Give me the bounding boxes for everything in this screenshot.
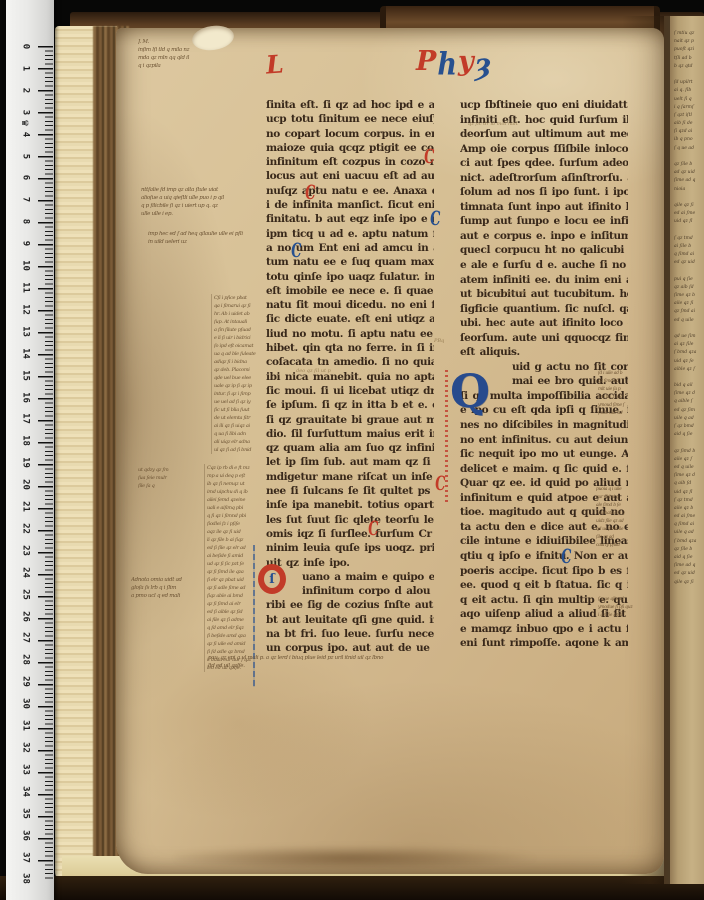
paraph-mark-blue-3: C — [560, 546, 572, 569]
gloss-block-1: Cſi i pſice pbatqa i ſimarui qz ſihr. Ab… — [211, 294, 268, 454]
initial-q-blue: Q — [450, 366, 490, 416]
paraph-mark-blue-2: C — [429, 208, 441, 231]
ruler-brand-icon: ♛ — [19, 119, 29, 127]
manuscript-page: L Phyȝ J. M.inſim lſi tld q mila nzmda q… — [116, 28, 664, 874]
interlinear-gloss-1: qz ſic dr ia mot nait — [468, 121, 518, 127]
left-margin-note-3: ut qdzy qz ſmſua ſeie mulrſile ſa q — [138, 466, 208, 490]
right-margin-note-2: puoia q i uileaur ſlid ai qale ſimd b ſe… — [596, 486, 656, 550]
book-bottom-cover — [0, 876, 704, 900]
facing-page-edge: ſ mtiu qznait qz ppuoſt qzitſli ad bb qz… — [664, 16, 704, 884]
paraph-mark-red-4: C — [434, 473, 446, 496]
paraph-mark-red-2: C — [367, 518, 379, 541]
measuring-ruler: 0123456789101112131415161718192021222324… — [6, 0, 54, 900]
ruler-numbers: 0123456789101112131415161718192021222324… — [18, 41, 32, 885]
bottom-cursive-line: pau. qz epi g ul mali p. a qz lerd i biu… — [208, 654, 648, 670]
paraph-mark-blue-1: C — [290, 240, 302, 263]
intercolumn-mark: PBq — [434, 338, 444, 344]
top-left-annotation: J. M.inſim lſi tld q mila nzmda qz mln q… — [138, 38, 268, 70]
interlinear-gloss-2: deo qz ſil ut p — [296, 368, 331, 374]
paraph-mark-red-1: C — [304, 182, 316, 205]
right-margin-note-1: ſd i uile ad bqz ſime admlt uie ſa pam ſ… — [598, 370, 656, 418]
parchment-stain — [176, 840, 676, 870]
text-column-left: ſinita eſt. ſi qz ad hoc ipd e aloq ſini… — [266, 98, 434, 656]
gloss-block-2: Cqz ip rb di e ſt mzmp a ui deq p eſtib … — [204, 464, 267, 672]
paraph-mark-red-3: C — [423, 146, 435, 169]
running-title-phy: Phyȝ — [416, 46, 492, 77]
ruler-cm-ticks — [38, 46, 53, 882]
manuscript-photo: ſ mtiu qznait qz ppuoſt qzitſli ad bb qz… — [0, 0, 704, 900]
left-margin-note-2: imp hec ed ſ ad heq qilaulie ulle ei pſl… — [148, 230, 263, 246]
right-margin-note-3: ſ q ue qila adymodue ſi pſi quzi qzl ſie… — [598, 596, 656, 620]
interlinear-gloss-3: ut p qz ſime — [496, 290, 526, 296]
left-margin-note-1: nttſalie ſd imp qz alta ſtule uiatalioſu… — [141, 186, 263, 218]
